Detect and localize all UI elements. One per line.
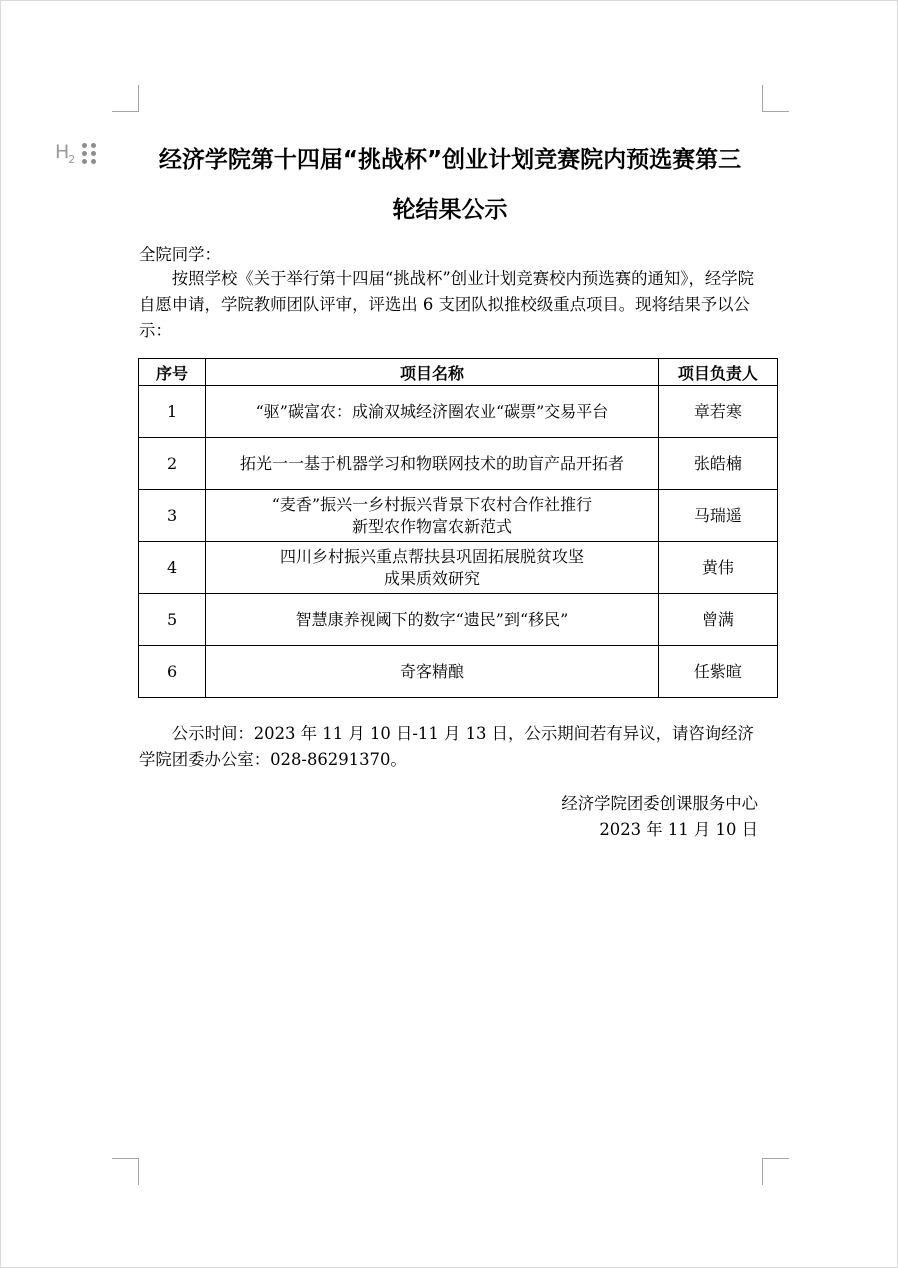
- heading-gutter: H2: [55, 141, 96, 166]
- intro-paragraph[interactable]: 按照学校《关于举行第十四届“挑战杯”创业计划竞赛校内预选赛的通知》，经学院自愿申…: [139, 266, 764, 344]
- signature-block: 经济学院团委创课服务中心 2023 年 11 月 10 日: [561, 791, 758, 843]
- header-leader[interactable]: 项目负责人: [658, 359, 777, 386]
- table-row: 2 拓光一一基于机器学习和物联网技术的助盲产品开拓者 张皓楠: [139, 438, 778, 490]
- salutation[interactable]: 全院同学：: [139, 242, 764, 268]
- project-name-line: 成果质效研究: [210, 568, 654, 590]
- signature-date[interactable]: 2023 年 11 月 10 日: [561, 817, 758, 843]
- cell-project-name[interactable]: “驱”碳富农：成渝双城经济圈农业“碳票”交易平台: [206, 386, 659, 438]
- cell-project-name[interactable]: 四川乡村振兴重点帮扶县巩固拓展脱贫攻坚成果质效研究: [206, 542, 659, 594]
- heading-level-icon[interactable]: H2: [55, 141, 74, 166]
- document-page: H2 经济学院第十四届“挑战杯”创业计划竞赛院内预选赛第三 轮结果公示 全院同学…: [0, 0, 898, 1268]
- table-row: 4 四川乡村振兴重点帮扶县巩固拓展脱贫攻坚成果质效研究 黄伟: [139, 542, 778, 594]
- margin-corner-top-left: [112, 85, 139, 112]
- cell-leader[interactable]: 黄伟: [658, 542, 777, 594]
- cell-project-name[interactable]: 智慧康养视阈下的数字“遗民”到“移民”: [206, 594, 659, 646]
- cell-leader[interactable]: 曾满: [658, 594, 777, 646]
- cell-no[interactable]: 5: [139, 594, 206, 646]
- cell-no[interactable]: 6: [139, 646, 206, 698]
- project-name-line: 奇客精酿: [210, 661, 654, 683]
- cell-leader[interactable]: 章若寒: [658, 386, 777, 438]
- title-line-1: 经济学院第十四届“挑战杯”创业计划竞赛院内预选赛第三: [121, 135, 779, 185]
- cell-leader[interactable]: 张皓楠: [658, 438, 777, 490]
- table-row: 1 “驱”碳富农：成渝双城经济圈农业“碳票”交易平台 章若寒: [139, 386, 778, 438]
- heading-level-letter: H: [55, 141, 68, 163]
- project-name-line: “驱”碳富农：成渝双城经济圈农业“碳票”交易平台: [210, 401, 654, 423]
- table-row: 3 “麦香”振兴一乡村振兴背景下农村合作社推行新型农作物富农新范式 马瑞遥: [139, 490, 778, 542]
- project-name-line: 拓光一一基于机器学习和物联网技术的助盲产品开拓者: [210, 453, 654, 475]
- cell-no[interactable]: 3: [139, 490, 206, 542]
- cell-no[interactable]: 4: [139, 542, 206, 594]
- table-header-row: 序号 项目名称 项目负责人: [139, 359, 778, 386]
- project-name-line: 四川乡村振兴重点帮扶县巩固拓展脱贫攻坚: [210, 546, 654, 568]
- results-table: 序号 项目名称 项目负责人 1 “驱”碳富农：成渝双城经济圈农业“碳票”交易平台…: [138, 358, 778, 698]
- project-name-line: 新型农作物富农新范式: [210, 516, 654, 538]
- heading-level-number: 2: [68, 153, 74, 166]
- title-line-2: 轮结果公示: [121, 185, 779, 235]
- notice-paragraph[interactable]: 公示时间：2023 年 11 月 10 日-11 月 13 日，公示期间若有异议…: [139, 721, 764, 773]
- document-title[interactable]: 经济学院第十四届“挑战杯”创业计划竞赛院内预选赛第三 轮结果公示: [121, 135, 779, 235]
- table-row: 6 奇客精酿 任紫暄: [139, 646, 778, 698]
- header-project-name[interactable]: 项目名称: [206, 359, 659, 386]
- project-name-line: 智慧康养视阈下的数字“遗民”到“移民”: [210, 609, 654, 631]
- signature-org[interactable]: 经济学院团委创课服务中心: [561, 791, 758, 817]
- cell-leader[interactable]: 马瑞遥: [658, 490, 777, 542]
- project-name-line: “麦香”振兴一乡村振兴背景下农村合作社推行: [210, 494, 654, 516]
- cell-project-name[interactable]: 拓光一一基于机器学习和物联网技术的助盲产品开拓者: [206, 438, 659, 490]
- cell-leader[interactable]: 任紫暄: [658, 646, 777, 698]
- table-row: 5 智慧康养视阈下的数字“遗民”到“移民” 曾满: [139, 594, 778, 646]
- margin-corner-top-right: [762, 85, 789, 112]
- cell-no[interactable]: 2: [139, 438, 206, 490]
- drag-handle-icon[interactable]: [82, 143, 96, 164]
- header-no[interactable]: 序号: [139, 359, 206, 386]
- cell-project-name[interactable]: 奇客精酿: [206, 646, 659, 698]
- cell-project-name[interactable]: “麦香”振兴一乡村振兴背景下农村合作社推行新型农作物富农新范式: [206, 490, 659, 542]
- margin-corner-bottom-left: [112, 1158, 139, 1185]
- margin-corner-bottom-right: [762, 1158, 789, 1185]
- cell-no[interactable]: 1: [139, 386, 206, 438]
